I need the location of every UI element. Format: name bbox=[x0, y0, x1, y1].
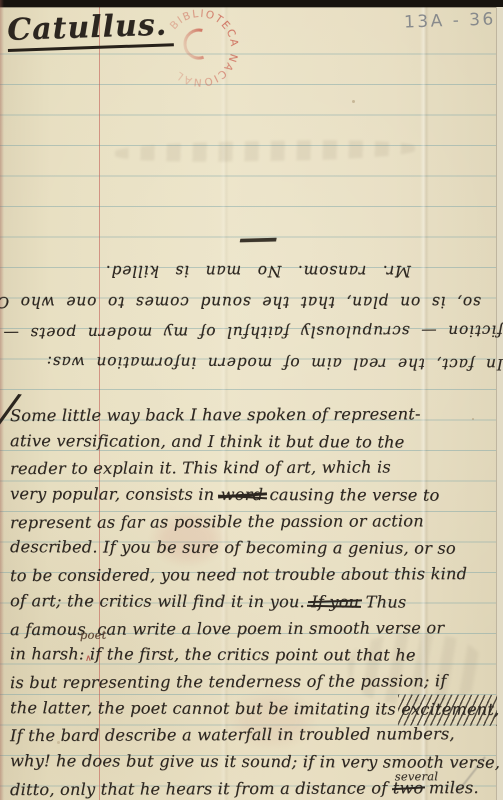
inverted-line: In fact, the real aim of modern informat… bbox=[4, 346, 503, 379]
inverted-note: In fact, the real aim of modern informat… bbox=[4, 256, 503, 378]
stamp-crescent bbox=[180, 26, 213, 61]
handwritten-text: Some little way back I have spoken of re… bbox=[10, 404, 421, 425]
manuscript-page: Catullus. 13A - 36 BIBLIOTECA NACIONAL —… bbox=[0, 0, 503, 800]
manuscript-line: is but representing the tenderness of th… bbox=[10, 668, 503, 697]
inverted-line: Mr. ransom. No man is killed. bbox=[4, 256, 411, 287]
handwritten-text: can write a love poem in smooth verse or bbox=[92, 618, 444, 639]
manuscript-line: represent as far as possible the passion… bbox=[10, 508, 503, 537]
struck-out-word: word bbox=[220, 482, 265, 509]
handwritten-text: very popular, consists in bbox=[10, 484, 220, 504]
handwritten-text: the latter, the poet cannot but be imita… bbox=[10, 698, 401, 718]
handwritten-text: causing the verse to bbox=[264, 485, 439, 505]
manuscript-line: If the bard describe a waterfall in trou… bbox=[10, 721, 503, 750]
manuscript-line: ditto, only that he hears it from a dist… bbox=[10, 775, 503, 800]
page-top-edge bbox=[0, 0, 503, 7]
handwritten-text: in harsh: if the first, the critics poin… bbox=[10, 644, 416, 664]
handwritten-text: Thus bbox=[360, 592, 406, 611]
inverted-line: so, is on plan, that the sound comes to … bbox=[4, 287, 481, 318]
manuscript-line: to be considered, you need not trouble a… bbox=[10, 561, 503, 590]
manuscript-line: described. If you be sure of becoming a … bbox=[10, 535, 503, 563]
manuscript-line: a famouspoet∧ can write a love poem in s… bbox=[10, 614, 503, 643]
replaced-word: twoseveral bbox=[393, 775, 424, 800]
manuscript-line: ative versification, and I think it but … bbox=[10, 428, 503, 456]
manuscript-line: reader to explain it. This kind of art, … bbox=[10, 454, 503, 483]
replacement-text: several bbox=[395, 763, 439, 790]
handwritten-text: is but representing the tenderness of th… bbox=[10, 671, 447, 692]
manuscript-line: Some little way back I have spoken of re… bbox=[10, 401, 503, 430]
manuscript-line: very popular, consists in word causing t… bbox=[10, 481, 503, 509]
hatched-out-word: excitement bbox=[401, 696, 494, 723]
manuscript-line: of art; the critics will find it in you.… bbox=[10, 588, 503, 616]
handwritten-text: represent as far as possible the passion… bbox=[10, 511, 424, 532]
manuscript-body: Some little way back I have spoken of re… bbox=[10, 402, 503, 800]
struck-out-words: If you bbox=[310, 589, 360, 616]
inverted-line: fiction — scrupulously faithful of my mo… bbox=[4, 316, 503, 349]
handwritten-text: If the bard describe a waterfall in trou… bbox=[10, 724, 455, 745]
classification-number: 13A - 36 bbox=[404, 9, 496, 32]
foxing-speck bbox=[352, 100, 355, 103]
manuscript-line: the latter, the poet cannot but be imita… bbox=[10, 695, 503, 723]
stamp-text: BIBLIOTECA NACIONAL bbox=[148, 0, 253, 101]
handwritten-text: described. If you be sure of becoming a … bbox=[10, 538, 456, 559]
handwritten-text: to be considered, you need not trouble a… bbox=[10, 564, 467, 585]
manuscript-line: in harsh: if the first, the critics poin… bbox=[10, 641, 503, 669]
handwritten-text: reader to explain it. This kind of art, … bbox=[10, 458, 391, 479]
handwritten-text: ative versification, and I think it but … bbox=[10, 431, 405, 451]
separator-dash: — bbox=[237, 220, 279, 256]
handwritten-text: a famous bbox=[10, 619, 86, 638]
handwritten-text: ditto, only that he hears it from a dist… bbox=[10, 778, 393, 799]
svg-text:BIBLIOTECA NACIONAL: BIBLIOTECA NACIONAL bbox=[148, 0, 253, 101]
handwritten-text: of art; the critics will find it in you. bbox=[10, 591, 310, 611]
